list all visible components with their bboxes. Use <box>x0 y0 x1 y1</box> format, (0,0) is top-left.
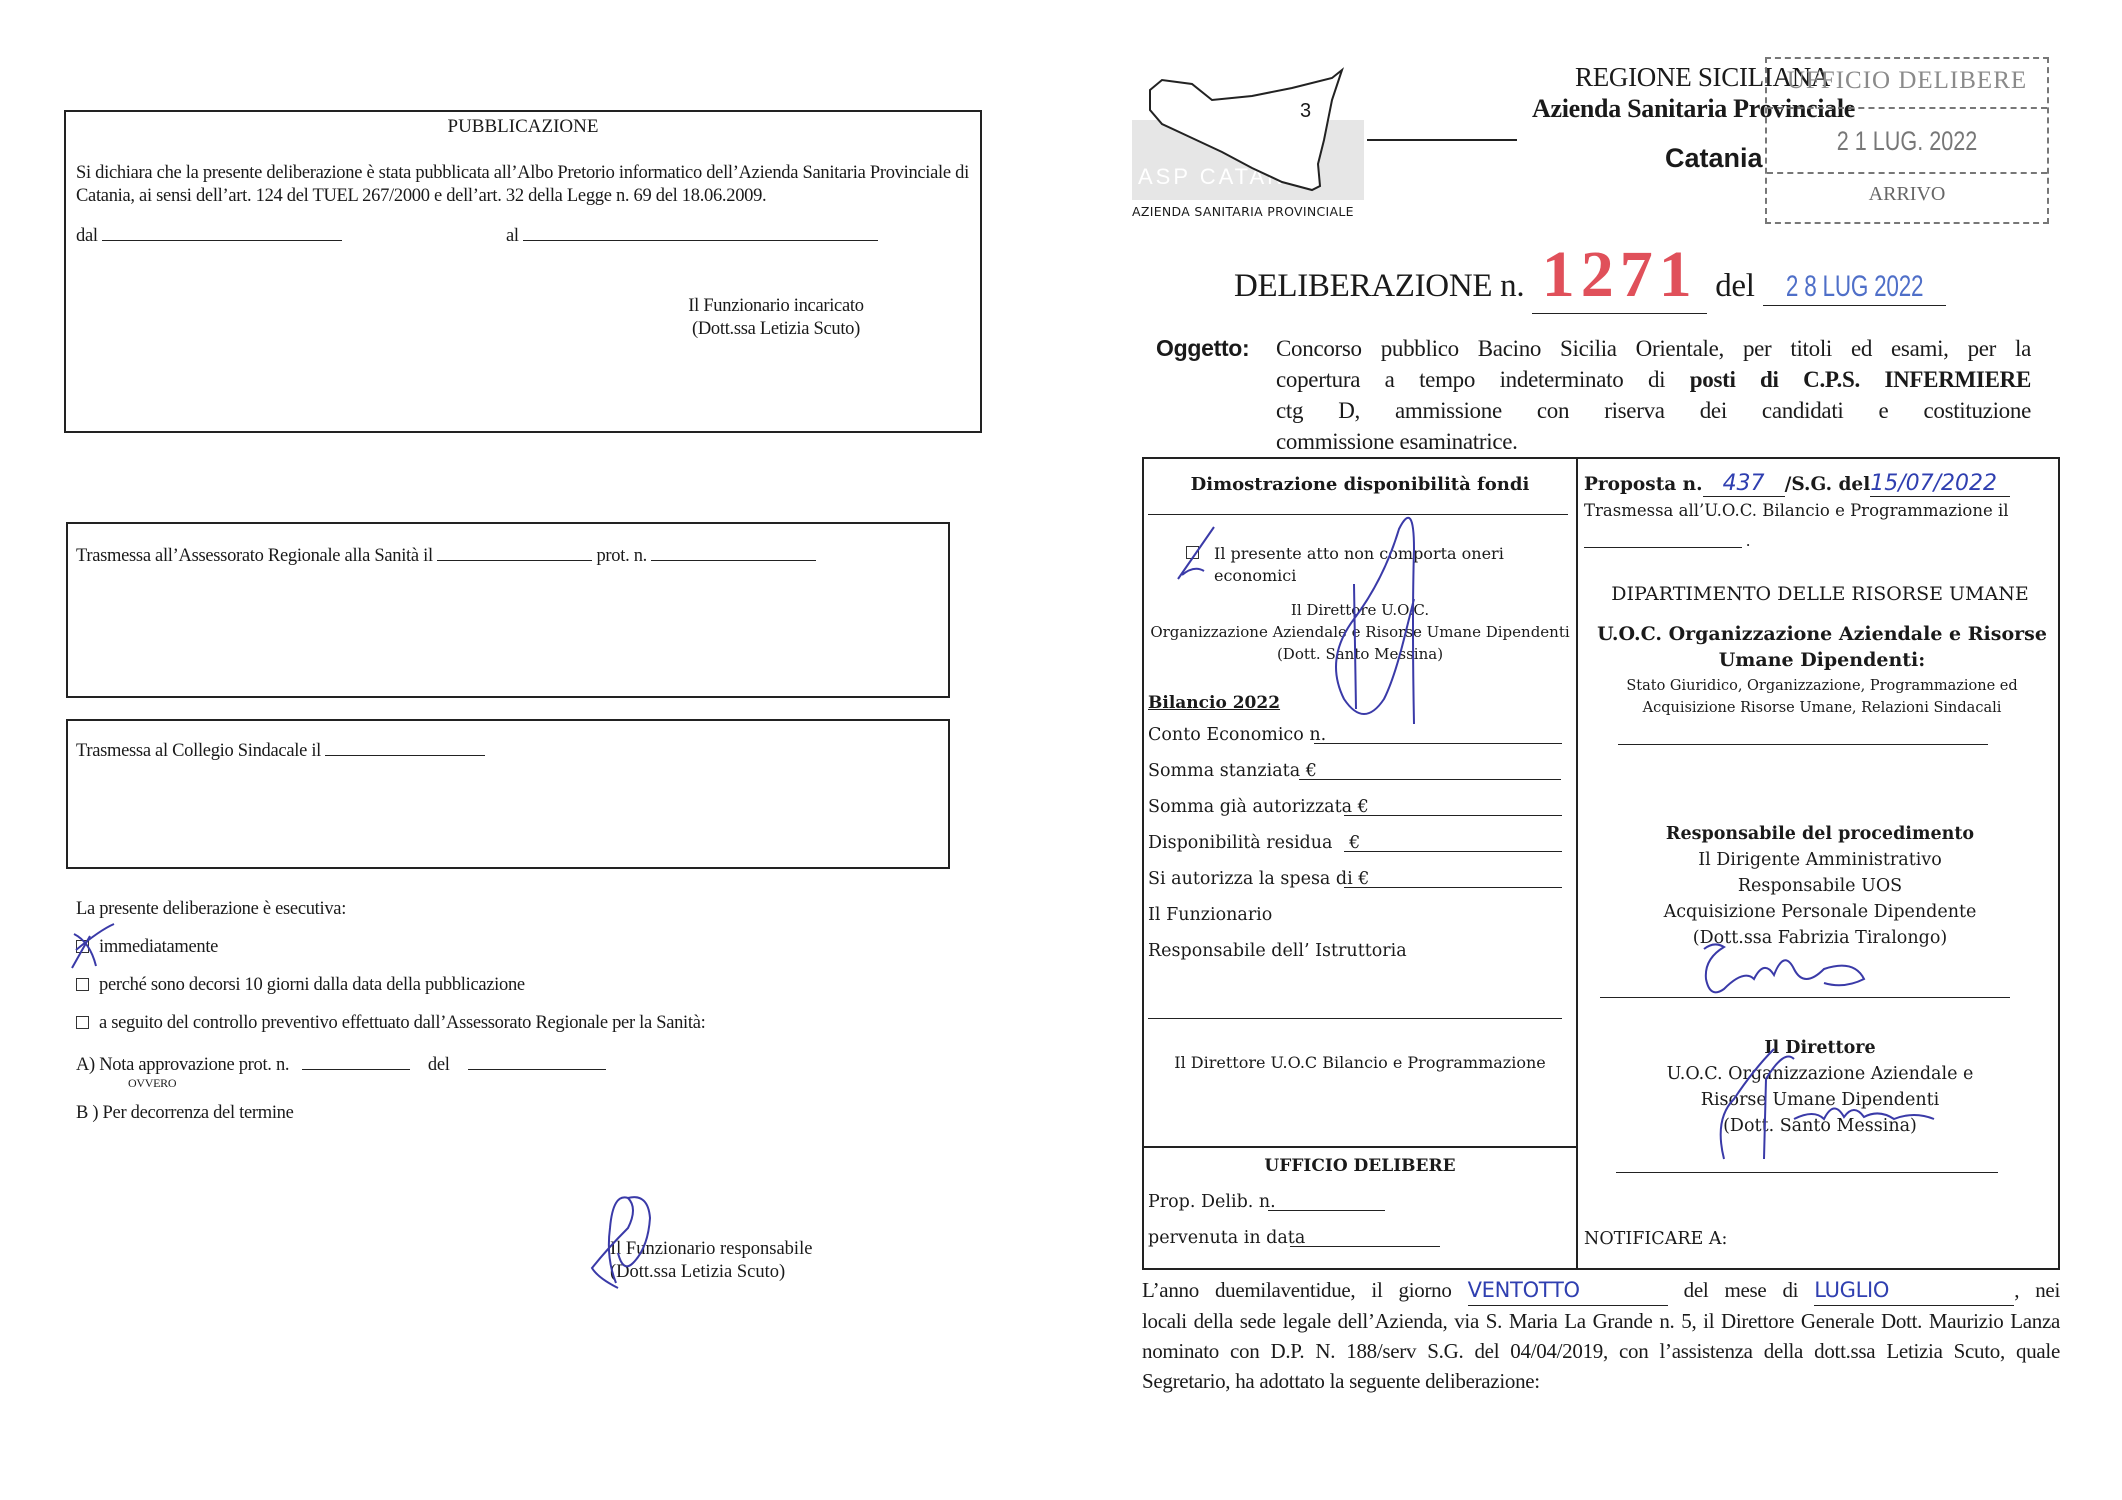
al-label: al <box>506 226 519 246</box>
resp-role: Acquisizione Personale Dipendente <box>1578 899 2062 925</box>
field-label: Conto Economico n. <box>1148 725 1326 745</box>
notificare-label: NOTIFICARE A: <box>1584 1229 1727 1249</box>
city-name: Catania <box>1665 143 1763 174</box>
dir-unit: Risorse Umane Dipendenti <box>1578 1087 2062 1113</box>
nota-date-field[interactable] <box>468 1069 606 1070</box>
checkbox-decorsi[interactable] <box>76 978 89 991</box>
option-label: immediatamente <box>99 937 218 957</box>
dir-unit: U.O.C. Organizzazione Aziendale e <box>1578 1061 2062 1087</box>
oggetto-section: Oggetto: Concorso pubblico Bacino Sicili… <box>1156 333 2031 364</box>
pubblicazione-al: al <box>506 226 878 247</box>
deliberazione-del-label: del <box>1715 268 1754 304</box>
pubblicazione-dal: dal <box>76 226 342 247</box>
proposta-date: 15/07/2022 <box>1870 471 2010 497</box>
closing-text-body: locali della sede legale dell’Azienda, v… <box>1142 1306 2060 1396</box>
fondi-director: Il Direttore U.O.C. Organizzazione Azien… <box>1144 599 1576 665</box>
no-oneri-label: Il presente atto non comporta oneri econ… <box>1174 543 1504 587</box>
closing-paragraph: L’anno duemilaventidue, il giorno VENTOT… <box>1142 1275 2060 1396</box>
sicily-map-icon <box>1132 60 1364 210</box>
assessorato-prot-field[interactable] <box>651 560 816 561</box>
istruttoria-signature-line <box>1148 1018 1562 1019</box>
oggetto-text: Concorso pubblico Bacino Sicilia Orienta… <box>1276 333 2031 457</box>
resp-role: Il Dirigente Amministrativo <box>1578 847 2062 873</box>
checkbox-no-oneri[interactable] <box>1186 546 1199 559</box>
stamp-office: UFFICIO DELIBERE <box>1767 67 2047 95</box>
field-spesa: Si autorizza la spesa di € <box>1148 869 1369 889</box>
dal-label: dal <box>76 226 98 246</box>
oggetto-bold-part: posti di C.P.S. INFERMIERE <box>1690 367 2031 392</box>
uoc-subtitle: Stato Giuridico, Organizzazione, Program… <box>1614 675 2030 719</box>
logo-number: 3 <box>1300 100 1311 123</box>
proposta-label: Proposta n. <box>1584 474 1703 495</box>
collegio-line: Trasmessa al Collegio Sindacale il <box>76 741 485 762</box>
field-disponibilita: Disponibilità residua € <box>1148 833 1360 853</box>
divider <box>1618 744 1988 745</box>
funzionario-label: Il Funzionario <box>1148 905 1272 925</box>
field-somma-stanziata: Somma stanziata € <box>1148 761 1317 781</box>
stamp-divider <box>1767 107 2047 109</box>
deliberazione-label: DELIBERAZIONE n. <box>1234 268 1524 304</box>
field-label: Somma stanziata € <box>1148 761 1317 781</box>
bilancio-title: Bilancio 2022 <box>1148 693 1280 713</box>
asp-logo: ASP CATANIA 3 AZIENDA SANITARIA PROVINCI… <box>1132 60 1364 220</box>
approval-table: Dimostrazione disponibilità fondi Il pre… <box>1142 457 2060 1270</box>
resp-signature-line <box>1600 997 2010 998</box>
trasmessa-date-input[interactable] <box>1584 547 1742 548</box>
logo-caption: AZIENDA SANITARIA PROVINCIALE <box>1132 204 1354 219</box>
header-divider <box>1367 139 1517 141</box>
closing-text: L’anno duemilaventidue, il giorno <box>1142 1278 1452 1302</box>
field-label: Si autorizza la spesa di € <box>1148 869 1369 889</box>
signer-role: Il Funzionario incaricato <box>666 295 886 318</box>
stamp-date: 2 1 LUG. 2022 <box>1795 126 2019 157</box>
divider <box>1148 514 1568 515</box>
oggetto-line: Concorso pubblico Bacino Sicilia Orienta… <box>1276 333 2031 364</box>
esecutiva-section: La presente deliberazione è esecutiva: i… <box>76 890 706 1132</box>
oggetto-text-part: copertura a tempo indeterminato di <box>1276 367 1690 392</box>
pervenuta-label: pervenuta in data <box>1148 1228 1305 1248</box>
closing-text: , nei <box>2014 1278 2060 1302</box>
pervenuta: pervenuta in data <box>1148 1228 1305 1248</box>
prop-delib-input[interactable] <box>1268 1210 1385 1211</box>
period: . <box>1746 531 1750 551</box>
option-label: a seguito del controllo preventivo effet… <box>99 1013 706 1033</box>
pubblicazione-signature: Il Funzionario incaricato (Dott.ssa Leti… <box>666 295 886 341</box>
dal-field[interactable] <box>102 240 342 241</box>
field-conto-economico-input[interactable] <box>1314 743 1562 744</box>
sg-label: /S.G. del <box>1785 474 1871 495</box>
oggetto-line: commissione esaminatrice. <box>1276 426 2031 457</box>
field-somma-autorizzata: Somma già autorizzata € <box>1148 797 1369 817</box>
checkbox-immediatamente[interactable] <box>76 940 89 953</box>
pubblicazione-title: PUBBLICAZIONE <box>66 116 980 138</box>
option-decorsi: perché sono decorsi 10 giorni dalla data… <box>76 966 706 1004</box>
pervenuta-input[interactable] <box>1290 1246 1440 1247</box>
proposta-line: Proposta n.437/S.G. del15/07/2022 <box>1584 471 2010 497</box>
deliberazione-number-field: 1271 <box>1532 237 1707 314</box>
closing-text: del mese di <box>1684 1278 1799 1302</box>
funzionario-responsabile-signature: Il Funzionario responsabile (Dott.ssa Le… <box>610 1238 812 1284</box>
oggetto-label: Oggetto: <box>1156 335 1249 361</box>
proposta-number: 437 <box>1703 471 1785 497</box>
option-immediatamente: immediatamente <box>76 928 706 966</box>
option-label: perché sono decorsi 10 giorni dalla data… <box>99 975 525 995</box>
director-name: (Dott. Santo Messina) <box>1144 643 1576 665</box>
option-controllo: a seguito del controllo preventivo effet… <box>76 1004 706 1042</box>
field-label: Somma già autorizzata € <box>1148 797 1369 817</box>
prot-label: prot. n. <box>596 546 647 566</box>
prop-delib: Prop. Delib. n. <box>1148 1192 1276 1212</box>
deliberazione-date: 2 8 LUG 2022 <box>1786 270 1923 304</box>
checkbox-controllo[interactable] <box>76 1016 89 1029</box>
director-role: Il Direttore U.O.C. <box>1144 599 1576 621</box>
arrivo-stamp: UFFICIO DELIBERE 2 1 LUG. 2022 ARRIVO <box>1765 57 2049 224</box>
resp-name: (Dott.ssa Fabrizia Tiralongo) <box>1578 925 2062 951</box>
responsabile-procedimento: Responsabile del procedimento Il Dirigen… <box>1578 821 2062 951</box>
dipartimento-title: DIPARTIMENTO DELLE RISORSE UMANE <box>1578 583 2062 605</box>
collegio-date-field[interactable] <box>325 755 485 756</box>
deliberazione-date-field: 2 8 LUG 2022 <box>1763 268 1946 306</box>
fondi-title: Dimostrazione disponibilità fondi <box>1144 474 1576 495</box>
trasmessa-bilancio: Trasmessa all’U.O.C. Bilancio e Programm… <box>1584 501 2009 520</box>
uoc-title: U.O.C. Organizzazione Aziendale e Risors… <box>1590 621 2054 673</box>
pubblicazione-box: PUBBLICAZIONE Si dichiara che la present… <box>64 110 982 433</box>
field-somma-autorizzata-input[interactable] <box>1344 815 1562 816</box>
resp-title: Responsabile del procedimento <box>1578 821 2062 847</box>
nota-del-label: del <box>428 1055 450 1075</box>
deliberazione-heading: DELIBERAZIONE n. 1271 del 2 8 LUG 2022 <box>1234 237 1946 314</box>
signer-role: Il Funzionario responsabile <box>610 1238 812 1261</box>
no-oneri-option: Il presente atto non comporta oneri econ… <box>1174 543 1504 587</box>
field-conto-economico: Conto Economico n. <box>1148 725 1326 745</box>
pubblicazione-text: Si dichiara che la presente deliberazion… <box>76 162 976 208</box>
field-somma-stanziata-input[interactable] <box>1299 779 1561 780</box>
assessorato-label: Trasmessa all’Assessorato Regionale alla… <box>76 546 433 566</box>
dir-name: (Dott. Santo Messina) <box>1578 1113 2062 1139</box>
collegio-label: Trasmessa al Collegio Sindacale il <box>76 741 321 761</box>
resp-role: Responsabile UOS <box>1578 873 2062 899</box>
field-spesa-input[interactable] <box>1344 887 1562 888</box>
ufficio-divider <box>1144 1146 1576 1148</box>
decorrenza-termine: B ) Per decorrenza del termine <box>76 1094 706 1132</box>
stamp-type: ARRIVO <box>1767 183 2047 206</box>
nota-prot-field[interactable] <box>302 1069 410 1070</box>
giorno-field: VENTOTTO <box>1468 1275 1668 1306</box>
mese-field: LUGLIO <box>1814 1275 2014 1306</box>
direttore-section: Il Direttore U.O.C. Organizzazione Azien… <box>1578 1035 2062 1139</box>
collegio-box: Trasmessa al Collegio Sindacale il <box>66 719 950 869</box>
esecutiva-heading: La presente deliberazione è esecutiva: <box>76 890 706 928</box>
nota-label: A) Nota approvazione prot. n. <box>76 1055 289 1075</box>
dir-title: Il Direttore <box>1578 1035 2062 1061</box>
director-unit: Organizzazione Aziendale e Risorse Umane… <box>1144 621 1576 643</box>
al-field[interactable] <box>523 240 878 241</box>
assessorato-line: Trasmessa all’Assessorato Regionale alla… <box>76 546 816 567</box>
ufficio-title: UFFICIO DELIBERE <box>1144 1156 1576 1176</box>
assessorato-date-field[interactable] <box>437 560 592 561</box>
field-disponibilita-input[interactable] <box>1344 851 1562 852</box>
signer-name: (Dott.ssa Letizia Scuto) <box>666 318 886 341</box>
prop-delib-label: Prop. Delib. n. <box>1148 1192 1276 1212</box>
closing-line-1: L’anno duemilaventidue, il giorno VENTOT… <box>1142 1275 2060 1306</box>
istruttoria-label: Responsabile dell’ Istruttoria <box>1148 941 1407 961</box>
oggetto-line: ctg D, ammissione con riserva dei candid… <box>1276 395 2031 426</box>
oggetto-line: copertura a tempo indeterminato di posti… <box>1276 364 2031 395</box>
bilancio-director: Il Direttore U.O.C Bilancio e Programmaz… <box>1144 1053 1576 1072</box>
deliberazione-number: 1271 <box>1542 238 1698 311</box>
field-label: Disponibilità residua € <box>1148 833 1360 853</box>
assessorato-box: Trasmessa all’Assessorato Regionale alla… <box>66 522 950 698</box>
dir-signature-line <box>1616 1172 1998 1173</box>
signer-name: (Dott.ssa Letizia Scuto) <box>610 1261 812 1284</box>
stamp-divider <box>1767 172 2047 174</box>
